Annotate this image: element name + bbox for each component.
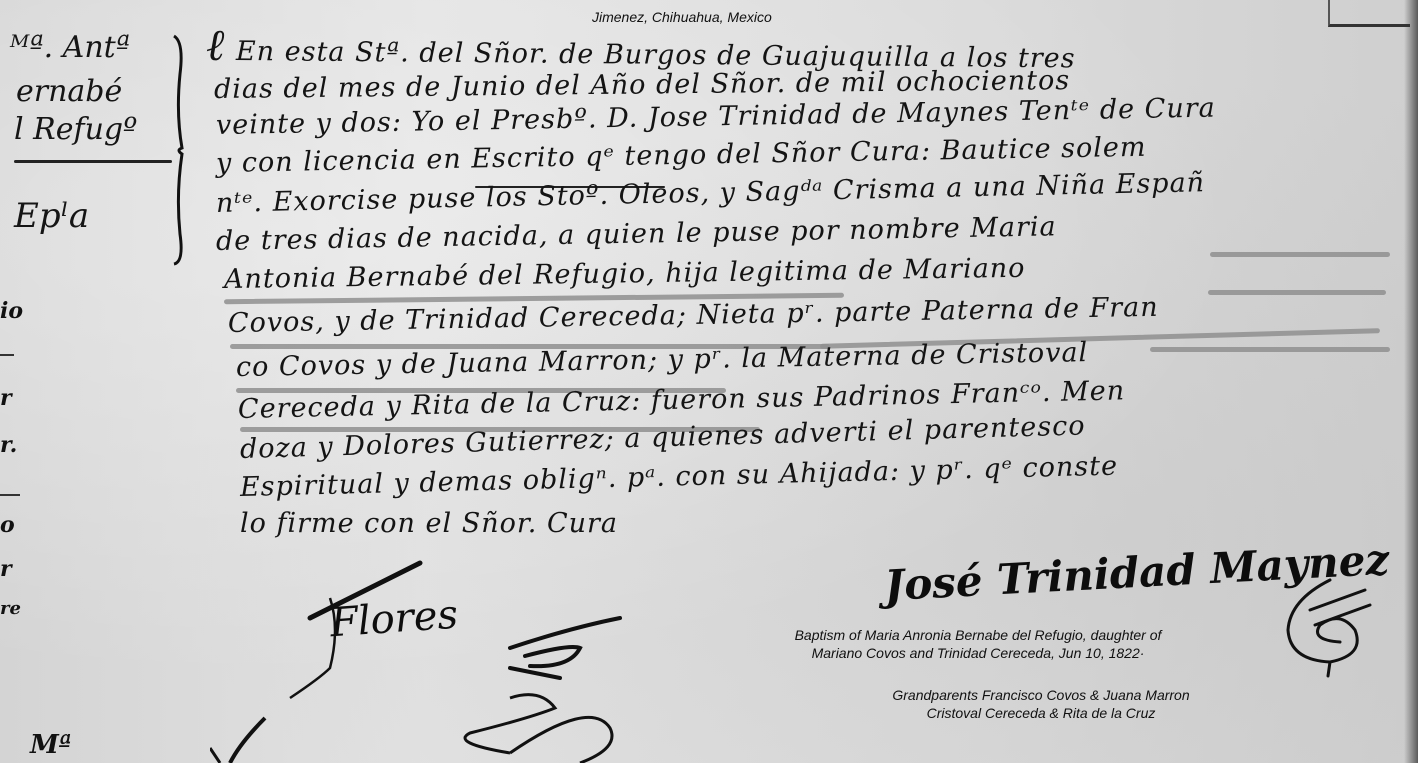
margin-note-line-2: ernabé: [16, 74, 122, 109]
body-line-6: de tres dias de nacida, a quien le puse …: [216, 211, 1057, 257]
margin-brace-icon: [172, 34, 186, 266]
highlight-maria: [1210, 252, 1390, 257]
left-page-fragment: io: [0, 298, 23, 324]
document-scan: Jimenez, Chihuahua, Mexico ᴹª. Antª erna…: [0, 0, 1418, 763]
margin-note-line-3: l Refugº: [14, 112, 137, 147]
left-page-fragment: r.: [0, 432, 17, 458]
grandparents-line-2: Cristoval Cereceda & Rita de la Cruz: [860, 704, 1222, 722]
grandparents-line-1: Grandparents Francisco Covos & Juana Mar…: [860, 686, 1222, 704]
location-caption: Jimenez, Chihuahua, Mexico: [592, 8, 772, 26]
page-edge-shadow: [1404, 0, 1418, 763]
left-page-dash: [0, 354, 14, 356]
body-initial-E: ℓ: [206, 20, 225, 71]
signature-flores-rubric-icon: [210, 548, 630, 763]
margin-note-line-1: ᴹª. Antª: [10, 30, 130, 65]
body-line-7: Antonia Bernabé del Refugio, hija legiti…: [224, 253, 1026, 295]
left-page-fragment: re: [0, 598, 21, 619]
margin-note-line-4: Epˡa: [14, 196, 89, 236]
left-page-dash: [0, 494, 20, 496]
margin-note-rule: [14, 160, 172, 163]
annotation-line-1: Baptism of Maria Anronia Bernabe del Ref…: [762, 626, 1194, 644]
signature-rubric-icon: [1270, 570, 1380, 680]
left-page-fragment: o: [0, 512, 15, 538]
highlight-mariano: [1208, 290, 1386, 295]
left-page-fragment: r: [0, 556, 12, 582]
left-page-fragment: r: [0, 385, 12, 411]
highlight-cristoval: [1150, 347, 1390, 352]
body-line-13: lo firme con el Sñor. Cura: [240, 508, 618, 539]
left-page-fragment: Mª: [30, 730, 71, 760]
corner-ink-mark: [1328, 0, 1410, 27]
annotation-line-2: Mariano Covos and Trinidad Cereceda, Jun…: [762, 644, 1194, 662]
